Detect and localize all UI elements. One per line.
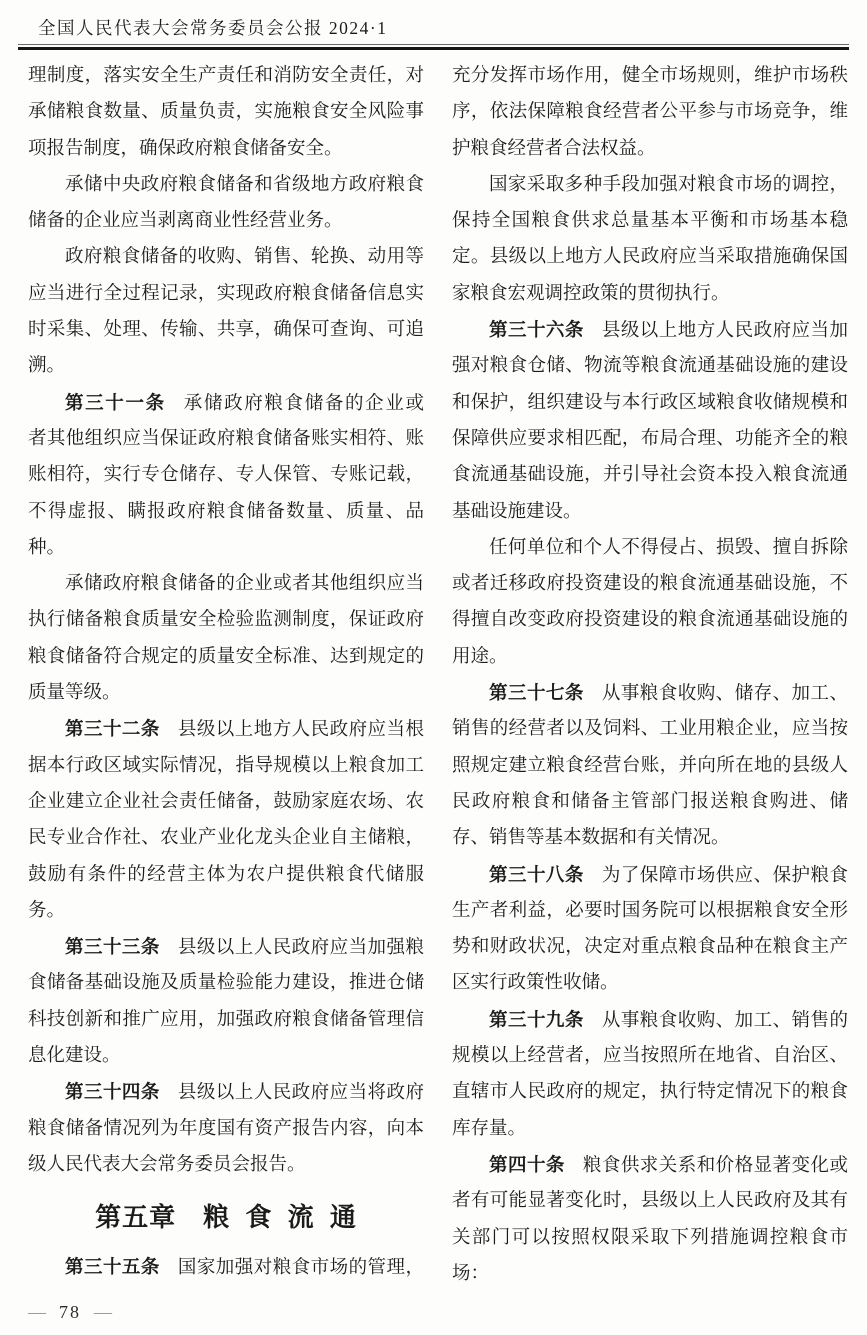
text-line: 区实行政策性收储。 bbox=[452, 965, 848, 1001]
line-text: 者其他组织应当保证政府粮食储备账实相符、账 bbox=[28, 429, 424, 449]
text-line: 保障供应要求相匹配，布局合理、功能齐全的粮 bbox=[452, 421, 848, 457]
text-line: 质量等级。 bbox=[28, 675, 424, 711]
line-text: 企业建立企业社会责任储备，鼓励家庭农场、农 bbox=[28, 792, 424, 812]
text-line: 食流通基础设施，并引导社会资本投入粮食流通 bbox=[452, 457, 848, 493]
text-line: 序，依法保障粮食经营者公平参与市场竞争，维 bbox=[452, 94, 848, 130]
text-line: 第三十二条县级以上地方人民政府应当根 bbox=[28, 711, 424, 747]
text-line: 溯。 bbox=[28, 348, 424, 384]
text-line: 政府粮食储备的收购、销售、轮换、动用等 bbox=[28, 239, 424, 275]
text-line: 保持全国粮食供求总量基本平衡和市场基本稳 bbox=[452, 203, 848, 239]
line-text: 息化建设。 bbox=[28, 1046, 121, 1066]
line-text: 应当进行全过程记录，实现政府粮食储备信息实 bbox=[28, 284, 424, 304]
text-line: 任何单位和个人不得侵占、损毁、擅自拆除 bbox=[452, 530, 848, 566]
line-text: 保障供应要求相匹配，布局合理、功能齐全的粮 bbox=[452, 429, 848, 449]
article-number: 第三十七条 bbox=[489, 682, 584, 703]
line-text: 直辖市人民政府的规定，执行特定情况下的粮食 bbox=[452, 1082, 848, 1102]
text-line: 充分发挥市场作用，健全市场规则，维护市场秩 bbox=[452, 58, 848, 94]
text-line: 第三十五条国家加强对粮食市场的管理， bbox=[28, 1249, 424, 1285]
line-text: 规模以上经营者，应当按照所在地省、自治区、 bbox=[452, 1046, 848, 1066]
article-number: 第三十九条 bbox=[489, 1009, 584, 1030]
masthead-title: 全国人民代表大会常务委员会公报 2024·1 bbox=[0, 0, 867, 39]
text-line: 食储备基础设施及质量检验能力建设，推进仓储 bbox=[28, 965, 424, 1001]
text-line: 直辖市人民政府的规定，执行特定情况下的粮食 bbox=[452, 1074, 848, 1110]
line-text: 民专业合作社、农业产业化龙头企业自主储粮， bbox=[28, 828, 424, 848]
text-line: 者其他组织应当保证政府粮食储备账实相符、账 bbox=[28, 421, 424, 457]
article-number: 第三十五条 bbox=[65, 1256, 160, 1277]
text-line: 第四十条粮食供求关系和价格显著变化或 bbox=[452, 1147, 848, 1183]
text-line: 据本行政区域实际情况，指导规模以上粮食加工 bbox=[28, 748, 424, 784]
text-line: 存、销售等基本数据和有关情况。 bbox=[452, 820, 848, 856]
line-text: 民政府粮食和储备主管部门报送粮食购进、储 bbox=[452, 792, 848, 812]
text-line: 账相符，实行专仓储存、专人保管、专账记载， bbox=[28, 457, 424, 493]
line-text: 和保护，组织建设与本行政区域粮食收储规模和 bbox=[452, 393, 848, 413]
article-number: 第三十一条 bbox=[65, 392, 166, 413]
line-text: 任何单位和个人不得侵占、损毁、擅自拆除 bbox=[489, 538, 848, 558]
text-line: 第三十九条从事粮食收购、加工、销售的 bbox=[452, 1002, 848, 1038]
line-text: 粮食储备符合规定的质量安全标准、达到规定的 bbox=[28, 647, 424, 667]
text-line: 应当进行全过程记录，实现政府粮食储备信息实 bbox=[28, 276, 424, 312]
text-line: 第三十八条为了保障市场供应、保护粮食 bbox=[452, 857, 848, 893]
line-text: 执行储备粮食质量安全检验监测制度，保证政府 bbox=[28, 610, 424, 630]
gazette-page: 全国人民代表大会常务委员会公报 2024·1 理制度，落实安全生产责任和消防安全… bbox=[0, 0, 867, 1335]
line-text: 承储政府粮食储备的企业或 bbox=[184, 394, 424, 414]
line-text: 县级以上地方人民政府应当加 bbox=[602, 321, 848, 341]
footer-dash-right: — bbox=[94, 1302, 112, 1323]
line-text: 溯。 bbox=[28, 356, 65, 376]
text-line: 者有可能显著变化时，县级以上人民政府及其有 bbox=[452, 1183, 848, 1219]
text-line: 务。 bbox=[28, 893, 424, 929]
line-text: 关部门可以按照权限采取下列措施调控粮食市 bbox=[452, 1228, 848, 1248]
line-text: 基础设施建设。 bbox=[452, 502, 582, 522]
line-text: 科技创新和推广应用，加强政府粮食储备管理信 bbox=[28, 1010, 424, 1030]
article-number: 第三十六条 bbox=[489, 319, 584, 340]
line-text: 从事粮食收购、储存、加工、 bbox=[602, 684, 848, 704]
text-line: 用途。 bbox=[452, 639, 848, 675]
text-line: 生产者利益，必要时国务院可以根据粮食安全形 bbox=[452, 893, 848, 929]
text-line: 执行储备粮食质量安全检验监测制度，保证政府 bbox=[28, 602, 424, 638]
line-text: 项报告制度，确保政府粮食储备安全。 bbox=[28, 139, 343, 159]
line-text: 得擅自改变政府投资建设的粮食流通基础设施的 bbox=[452, 610, 848, 630]
text-line: 第三十三条县级以上人民政府应当加强粮 bbox=[28, 929, 424, 965]
line-text: 承储政府粮食储备的企业或者其他组织应当 bbox=[65, 574, 424, 594]
line-text: 保持全国粮食供求总量基本平衡和市场基本稳 bbox=[452, 211, 848, 231]
line-text: 或者迁移政府投资建设的粮食流通基础设施，不 bbox=[452, 574, 848, 594]
line-text: 充分发挥市场作用，健全市场规则，维护市场秩 bbox=[452, 66, 848, 86]
text-line: 国家采取多种手段加强对粮食市场的调控， bbox=[452, 167, 848, 203]
line-text: 务。 bbox=[28, 901, 65, 921]
line-text: 质量等级。 bbox=[28, 683, 121, 703]
text-line: 粮食储备情况列为年度国有资产报告内容，向本 bbox=[28, 1111, 424, 1147]
text-line: 企业建立企业社会责任储备，鼓励家庭农场、农 bbox=[28, 784, 424, 820]
line-text: 粮食储备情况列为年度国有资产报告内容，向本 bbox=[28, 1119, 424, 1139]
line-text: 护粮食经营者合法权益。 bbox=[452, 139, 656, 159]
text-line: 家粮食宏观调控政策的贯彻执行。 bbox=[452, 276, 848, 312]
line-text: 国家采取多种手段加强对粮食市场的调控， bbox=[489, 175, 848, 195]
text-line: 不得虚报、瞒报政府粮食储备数量、质量、品 bbox=[28, 494, 424, 530]
text-line: 承储粮食数量、质量负责，实施粮食安全风险事 bbox=[28, 94, 424, 130]
text-line: 库存量。 bbox=[452, 1111, 848, 1147]
line-text: 承储中央政府粮食储备和省级地方政府粮食 bbox=[65, 175, 424, 195]
text-line: 理制度，落实安全生产责任和消防安全责任，对 bbox=[28, 58, 424, 94]
line-text: 序，依法保障粮食经营者公平参与市场竞争，维 bbox=[452, 102, 848, 122]
line-text: 账相符，实行专仓储存、专人保管、专账记载， bbox=[28, 465, 424, 485]
line-text: 县级以上人民政府应当将政府 bbox=[178, 1083, 424, 1103]
line-text: 时采集、处理、传输、共享，确保可查询、可追 bbox=[28, 320, 424, 340]
text-line: 民政府粮食和储备主管部门报送粮食购进、储 bbox=[452, 784, 848, 820]
left-column: 理制度，落实安全生产责任和消防安全责任，对承储粮食数量、质量负责，实施粮食安全风… bbox=[28, 58, 424, 1292]
text-line: 护粮食经营者合法权益。 bbox=[452, 131, 848, 167]
text-line: 规模以上经营者，应当按照所在地省、自治区、 bbox=[452, 1038, 848, 1074]
footer-dash-left: — bbox=[28, 1302, 46, 1323]
article-number: 第三十四条 bbox=[65, 1081, 160, 1102]
line-text: 为了保障市场供应、保护粮食 bbox=[602, 866, 848, 886]
line-text: 存、销售等基本数据和有关情况。 bbox=[452, 828, 730, 848]
article-number: 第三十八条 bbox=[489, 864, 584, 885]
text-line: 势和财政状况，决定对重点粮食品种在粮食主产 bbox=[452, 929, 848, 965]
text-line: 强对粮食仓储、物流等粮食流通基础设施的建设 bbox=[452, 348, 848, 384]
text-line: 民专业合作社、农业产业化龙头企业自主储粮， bbox=[28, 820, 424, 856]
line-text: 场： bbox=[452, 1264, 489, 1284]
text-line: 基础设施建设。 bbox=[452, 494, 848, 530]
text-columns: 理制度，落实安全生产责任和消防安全责任，对承储粮食数量、质量负责，实施粮食安全风… bbox=[0, 50, 867, 1292]
line-text: 从事粮食收购、加工、销售的 bbox=[602, 1011, 848, 1031]
text-line: 定。县级以上地方人民政府应当采取措施确保国 bbox=[452, 239, 848, 275]
line-text: 库存量。 bbox=[452, 1119, 526, 1139]
line-text: 鼓励有条件的经营主体为农户提供粮食代储服 bbox=[28, 865, 424, 885]
text-line: 息化建设。 bbox=[28, 1038, 424, 1074]
text-line: 第三十六条县级以上地方人民政府应当加 bbox=[452, 312, 848, 348]
line-text: 食储备基础设施及质量检验能力建设，推进仓储 bbox=[28, 973, 424, 993]
line-text: 第五章 粮 食 流 通 bbox=[95, 1202, 357, 1232]
line-text: 政府粮食储备的收购、销售、轮换、动用等 bbox=[65, 247, 424, 267]
text-line: 照规定建立粮食经营台账，并向所在地的县级人 bbox=[452, 748, 848, 784]
text-line: 储备的企业应当剥离商业性经营业务。 bbox=[28, 203, 424, 239]
article-number: 第四十条 bbox=[489, 1154, 565, 1175]
line-text: 销售的经营者以及饲料、工业用粮企业，应当按 bbox=[452, 719, 848, 739]
right-column: 充分发挥市场作用，健全市场规则，维护市场秩序，依法保障粮食经营者公平参与市场竞争… bbox=[452, 58, 848, 1292]
article-number: 第三十二条 bbox=[65, 718, 160, 739]
text-line: 第三十七条从事粮食收购、储存、加工、 bbox=[452, 675, 848, 711]
line-text: 种。 bbox=[28, 538, 65, 558]
line-text: 照规定建立粮食经营台账，并向所在地的县级人 bbox=[452, 756, 848, 776]
line-text: 生产者利益，必要时国务院可以根据粮食安全形 bbox=[452, 901, 848, 921]
line-text: 强对粮食仓储、物流等粮食流通基础设施的建设 bbox=[452, 356, 848, 376]
line-text: 食流通基础设施，并引导社会资本投入粮食流通 bbox=[452, 465, 848, 485]
chapter-heading: 第五章 粮 食 流 通 bbox=[28, 1183, 424, 1249]
text-line: 和保护，组织建设与本行政区域粮食收储规模和 bbox=[452, 385, 848, 421]
text-line: 第三十四条县级以上人民政府应当将政府 bbox=[28, 1074, 424, 1110]
line-text: 承储粮食数量、质量负责，实施粮食安全风险事 bbox=[28, 102, 424, 122]
text-line: 承储中央政府粮食储备和省级地方政府粮食 bbox=[28, 167, 424, 203]
line-text: 定。县级以上地方人民政府应当采取措施确保国 bbox=[452, 247, 848, 267]
line-text: 理制度，落实安全生产责任和消防安全责任，对 bbox=[28, 66, 424, 86]
text-line: 销售的经营者以及饲料、工业用粮企业，应当按 bbox=[452, 711, 848, 747]
line-text: 粮食供求关系和价格显著变化或 bbox=[583, 1156, 848, 1176]
line-text: 级人民代表大会常务委员会报告。 bbox=[28, 1155, 306, 1175]
text-line: 时采集、处理、传输、共享，确保可查询、可追 bbox=[28, 312, 424, 348]
line-text: 用途。 bbox=[452, 647, 508, 667]
text-line: 或者迁移政府投资建设的粮食流通基础设施，不 bbox=[452, 566, 848, 602]
line-text: 国家加强对粮食市场的管理， bbox=[178, 1258, 424, 1278]
text-line: 粮食储备符合规定的质量安全标准、达到规定的 bbox=[28, 639, 424, 675]
line-text: 势和财政状况，决定对重点粮食品种在粮食主产 bbox=[452, 937, 848, 957]
page-number: 78 bbox=[59, 1302, 81, 1323]
line-text: 区实行政策性收储。 bbox=[452, 973, 619, 993]
text-line: 得擅自改变政府投资建设的粮食流通基础设施的 bbox=[452, 602, 848, 638]
text-line: 承储政府粮食储备的企业或者其他组织应当 bbox=[28, 566, 424, 602]
text-line: 项报告制度，确保政府粮食储备安全。 bbox=[28, 131, 424, 167]
line-text: 县级以上人民政府应当加强粮 bbox=[178, 938, 424, 958]
text-line: 关部门可以按照权限采取下列措施调控粮食市 bbox=[452, 1220, 848, 1256]
text-line: 场： bbox=[452, 1256, 848, 1292]
line-text: 据本行政区域实际情况，指导规模以上粮食加工 bbox=[28, 756, 424, 776]
line-text: 者有可能显著变化时，县级以上人民政府及其有 bbox=[452, 1191, 848, 1211]
page-footer: — 78 — bbox=[28, 1302, 112, 1323]
line-text: 家粮食宏观调控政策的贯彻执行。 bbox=[452, 284, 730, 304]
text-line: 科技创新和推广应用，加强政府粮食储备管理信 bbox=[28, 1002, 424, 1038]
text-line: 级人民代表大会常务委员会报告。 bbox=[28, 1147, 424, 1183]
text-line: 鼓励有条件的经营主体为农户提供粮食代储服 bbox=[28, 857, 424, 893]
article-number: 第三十三条 bbox=[65, 936, 160, 957]
line-text: 县级以上地方人民政府应当根 bbox=[178, 720, 424, 740]
text-line: 第三十一条承储政府粮食储备的企业或 bbox=[28, 385, 424, 421]
line-text: 不得虚报、瞒报政府粮食储备数量、质量、品 bbox=[28, 502, 424, 522]
text-line: 种。 bbox=[28, 530, 424, 566]
line-text: 储备的企业应当剥离商业性经营业务。 bbox=[28, 211, 343, 231]
